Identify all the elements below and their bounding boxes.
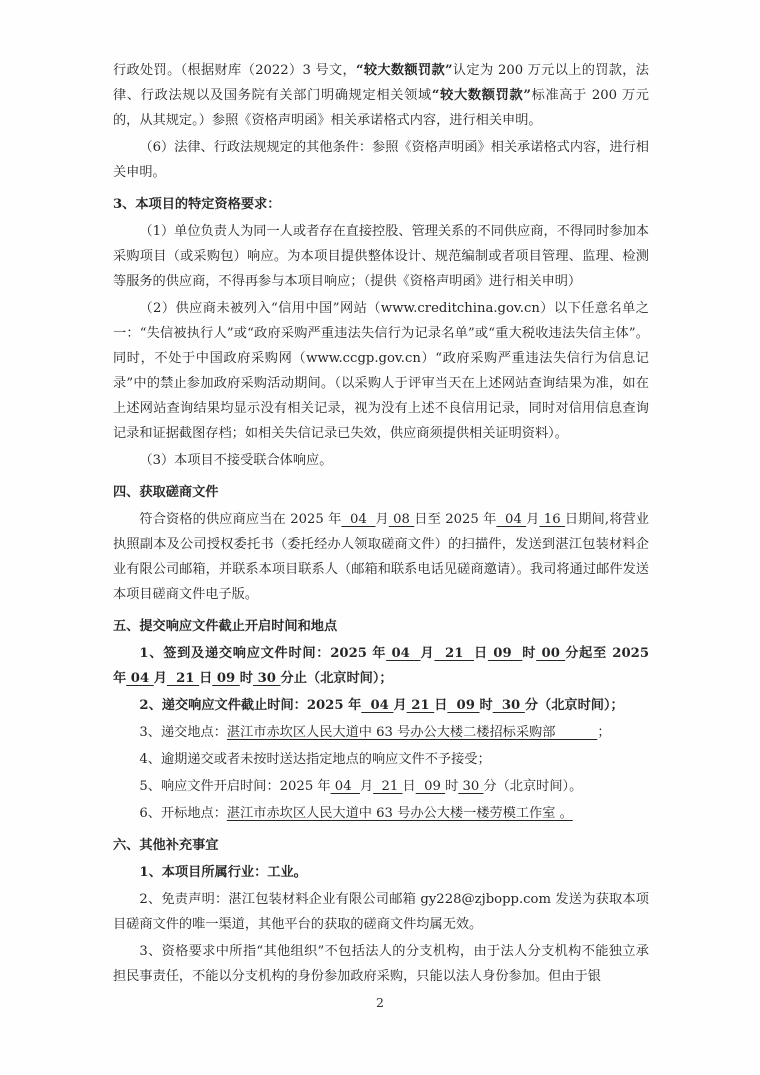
paragraph: （1）单位负责人为同一人或者存在直接控股、管理关系的不同供应商，不得同时参加本采… [113, 219, 649, 294]
filled-blank: 30 [458, 779, 483, 794]
text-segment: 2、递交响应文件截止时间：2025 年 [139, 698, 361, 713]
paragraph: 3、递交地点：湛江市赤坎区人民大道中 63 号办公大楼二楼招标采购部 ； [113, 720, 649, 745]
filled-blank: 16 [539, 512, 564, 527]
text-segment: 月 [526, 512, 539, 527]
filled-blank: 09 [447, 698, 479, 713]
filled-blank: 30 [493, 698, 525, 713]
filled-blank: 30 [253, 671, 281, 686]
paragraph: 2、免责声明：湛江包装材料企业有限公司邮箱 gy228@zjbopp.com 发… [113, 887, 649, 937]
text-segment: 2、免责声明：湛江包装材料企业有限公司邮箱 gy228@zjbopp.com 发… [113, 892, 649, 932]
text-segment: （6）法律、行政法规规定的其他条件：参照《资格声明函》相关承诺格式内容，进行相关… [113, 140, 649, 180]
page-number: 2 [376, 995, 384, 1010]
text-segment: 1、签到及递交响应文件时间：2025 年 [139, 646, 386, 661]
paragraph: 3、资格要求中所指“其他组织”不包括法人的分支机构，由于法人分支机构不能独立承担… [113, 939, 649, 989]
text-segment: 符合资格的供应商应当在 2025 年 [139, 512, 341, 527]
text-segment: 六、其他补充事宜 [113, 838, 219, 853]
paragraph: 符合资格的供应商应当在 2025 年 04 月 08 日至 2025 年 04 … [113, 507, 649, 607]
filled-blank: 21 [434, 646, 474, 661]
section-heading: 3、本项目的特定资格要求： [113, 192, 649, 217]
paragraph: 2、递交响应文件截止时间：2025 年 04 月 21 日 09 时 30 分（… [113, 693, 649, 718]
paragraph: （6）法律、行政法规规定的其他条件：参照《资格声明函》相关承诺格式内容，进行相关… [113, 135, 649, 185]
filled-blank: 湛江市赤坎区人民大道中 63 号办公大楼二楼招标采购部 [227, 725, 597, 740]
filled-blank: 04 [386, 646, 420, 661]
text-segment: 分（北京时间）； [525, 698, 624, 713]
paragraph: 行政处罚。（根据财库（2022）3 号文，“较大数额罚款”认定为 200 万元以… [113, 58, 649, 133]
filled-blank: 09 [212, 671, 240, 686]
text-segment: 日 [199, 671, 212, 686]
text-segment: 3、资格要求中所指“其他组织”不包括法人的分支机构，由于法人分支机构不能独立承担… [113, 944, 649, 984]
filled-blank: 04 [361, 698, 393, 713]
text-segment: （3）本项目不接受联合体响应。 [139, 453, 332, 468]
text-segment: ； [597, 725, 610, 740]
filled-blank: 04 [331, 779, 360, 794]
paragraph: 5、响应文件开启时间：2025 年 04 月 21 日 09 时 30 分（北京… [113, 774, 649, 799]
filled-blank: 04 [341, 512, 375, 527]
text-segment: 月 [154, 671, 167, 686]
text-segment: 五、提交响应文件截止开启时间和地点 [113, 619, 337, 634]
text-segment: （1）单位负责人为同一人或者存在直接控股、管理关系的不同供应商，不得同时参加本采… [113, 224, 649, 289]
section-heading: 六、其他补充事宜 [113, 833, 649, 858]
paragraph: 4、逾期递交或者未按时送达指定地点的响应文件不予接受； [113, 747, 649, 772]
text-segment: 日 [403, 779, 416, 794]
filled-blank: 09 [488, 646, 522, 661]
text-segment: “较大数额罚款” [356, 63, 453, 78]
text-segment: 时 [480, 698, 493, 713]
text-segment: 5、响应文件开启时间：2025 年 [139, 779, 330, 794]
text-segment: 日 [434, 698, 447, 713]
text-segment: 行政处罚。（根据财库（2022）3 号文， [113, 63, 356, 78]
filled-blank: 04 [126, 671, 154, 686]
filled-blank: 21 [167, 671, 199, 686]
text-segment: （2）供应商未被列入“信用中国”网站（www.creditchina.gov.c… [113, 301, 649, 441]
document-body: 行政处罚。（根据财库（2022）3 号文，“较大数额罚款”认定为 200 万元以… [113, 58, 649, 989]
paragraph: 1、签到及递交响应文件时间：2025 年 04 月 21 日 09 时 00 分… [113, 641, 649, 691]
filled-blank: 00 [536, 646, 565, 661]
text-segment: 时 [522, 646, 536, 661]
text-segment: 日 [474, 646, 488, 661]
filled-blank: 21 [407, 698, 435, 713]
section-heading: 四、获取磋商文件 [113, 480, 649, 505]
filled-blank: 08 [389, 512, 414, 527]
paragraph: 1、本项目所属行业：工业。 [113, 860, 649, 885]
text-segment: 分（北京时间）。 [483, 779, 582, 794]
text-segment: 日至 2025 年 [414, 512, 496, 527]
text-segment: 月 [393, 698, 406, 713]
text-segment: 1、本项目所属行业：工业。 [139, 865, 306, 880]
text-segment: 月 [375, 512, 388, 527]
text-segment: 四、获取磋商文件 [113, 485, 219, 500]
text-segment: 分止（北京时间）； [281, 671, 393, 686]
text-segment: 月 [360, 779, 373, 794]
filled-blank: 04 [496, 512, 526, 527]
text-segment: 6、开标地点： [139, 806, 227, 821]
paragraph: （2）供应商未被列入“信用中国”网站（www.creditchina.gov.c… [113, 296, 649, 446]
text-segment: 时 [240, 671, 253, 686]
text-segment: “较大数额罚款” [432, 88, 531, 103]
paragraph: （3）本项目不接受联合体响应。 [113, 448, 649, 473]
page-footer: 2 [0, 995, 760, 1010]
filled-blank: 湛江市赤坎区人民大道中 63 号办公大楼一楼劳模工作室 。 [227, 806, 573, 821]
text-segment: 3、本项目的特定资格要求： [113, 197, 280, 212]
text-segment: 4、逾期递交或者未按时送达指定地点的响应文件不予接受； [139, 752, 490, 767]
document-page: 行政处罚。（根据财库（2022）3 号文，“较大数额罚款”认定为 200 万元以… [0, 0, 760, 1075]
section-heading: 五、提交响应文件截止开启时间和地点 [113, 614, 649, 639]
text-segment: 3、递交地点： [139, 725, 227, 740]
text-segment: 月 [420, 646, 434, 661]
filled-blank: 21 [373, 779, 402, 794]
paragraph: 6、开标地点：湛江市赤坎区人民大道中 63 号办公大楼一楼劳模工作室 。 [113, 801, 649, 826]
filled-blank: 09 [416, 779, 445, 794]
text-segment: 时 [445, 779, 458, 794]
